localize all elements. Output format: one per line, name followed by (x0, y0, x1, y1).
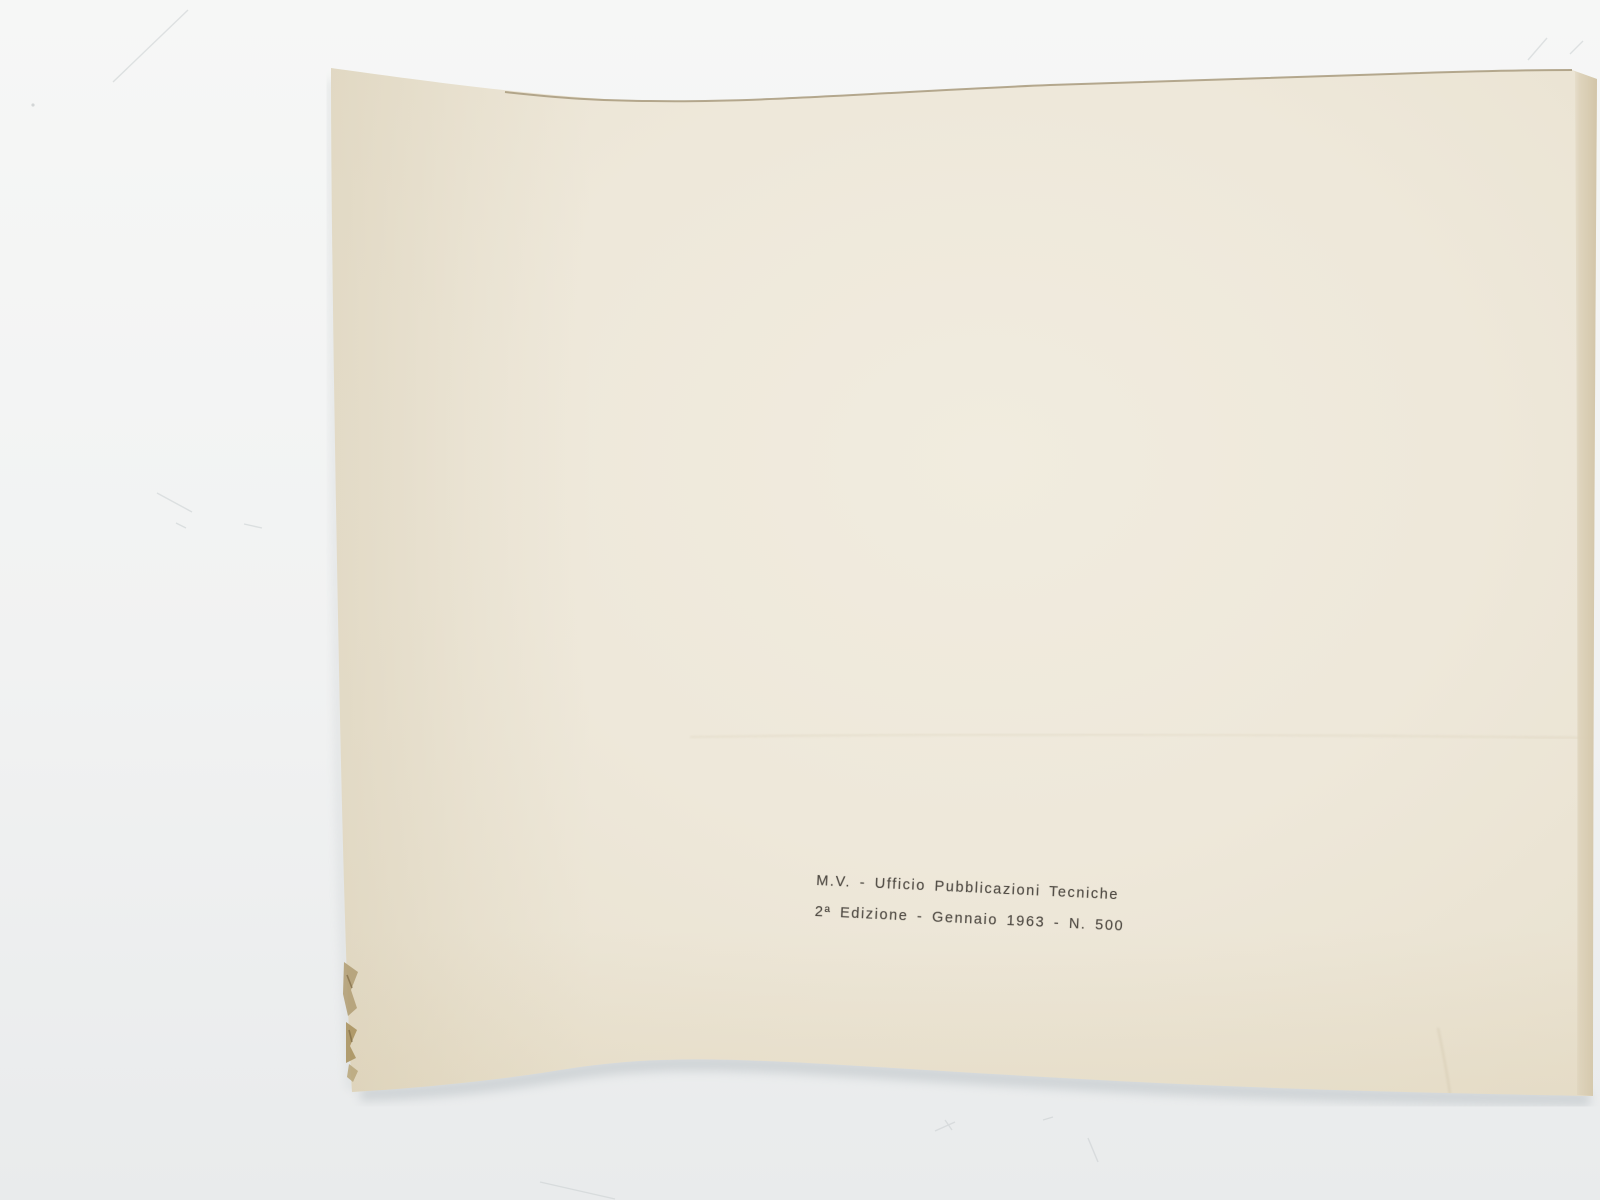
booklet-page-art (0, 0, 1600, 1200)
photo-backdrop: M.V. - Ufficio Pubblicazioni Tecniche 2ª… (0, 0, 1600, 1200)
booklet-page (331, 60, 1600, 1100)
